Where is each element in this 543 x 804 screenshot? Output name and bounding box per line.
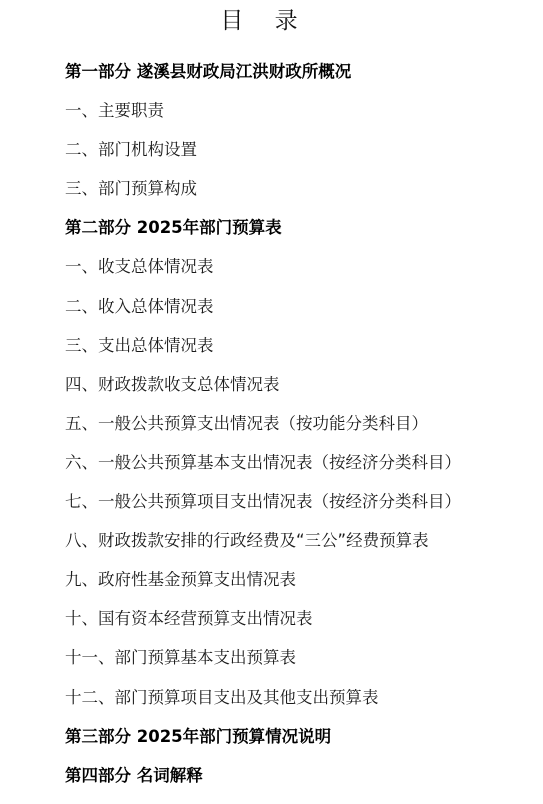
toc-item-table-7: 七、一般公共预算项目支出情况表（按经济分类科目） (65, 490, 461, 529)
toc-item-table-5: 五、一般公共预算支出情况表（按功能分类科目） (65, 412, 461, 451)
toc-item-table-6: 六、一般公共预算基本支出情况表（按经济分类科目） (65, 451, 461, 490)
toc-item-table-11: 十一、部门预算基本支出预算表 (65, 646, 461, 685)
toc-item-table-3: 三、支出总体情况表 (65, 334, 461, 373)
toc-item-table-4: 四、财政拨款收支总体情况表 (65, 373, 461, 412)
toc-item-table-10: 十、国有资本经营预算支出情况表 (65, 607, 461, 646)
toc-part-3: 第三部分 2025年部门预算情况说明 (65, 725, 461, 764)
toc-item-main-duties: 一、主要职责 (65, 99, 461, 138)
toc-item-table-2: 二、收入总体情况表 (65, 295, 461, 334)
toc-item-budget-composition: 三、部门预算构成 (65, 177, 461, 216)
toc-part-4: 第四部分 名词解释 (65, 764, 461, 803)
toc-item-table-8: 八、财政拨款安排的行政经费及“三公”经费预算表 (65, 529, 461, 568)
toc-item-table-9: 九、政府性基金预算支出情况表 (65, 568, 461, 607)
table-of-contents: 第一部分 遂溪县财政局江洪财政所概况 一、主要职责 二、部门机构设置 三、部门预… (65, 60, 461, 803)
toc-item-table-12: 十二、部门预算项目支出及其他支出预算表 (65, 686, 461, 725)
toc-item-table-1: 一、收支总体情况表 (65, 255, 461, 294)
toc-part-2: 第二部分 2025年部门预算表 (65, 216, 461, 255)
toc-item-org-setup: 二、部门机构设置 (65, 138, 461, 177)
toc-part-1: 第一部分 遂溪县财政局江洪财政所概况 (65, 60, 461, 99)
page-title: 目 录 (0, 6, 530, 36)
